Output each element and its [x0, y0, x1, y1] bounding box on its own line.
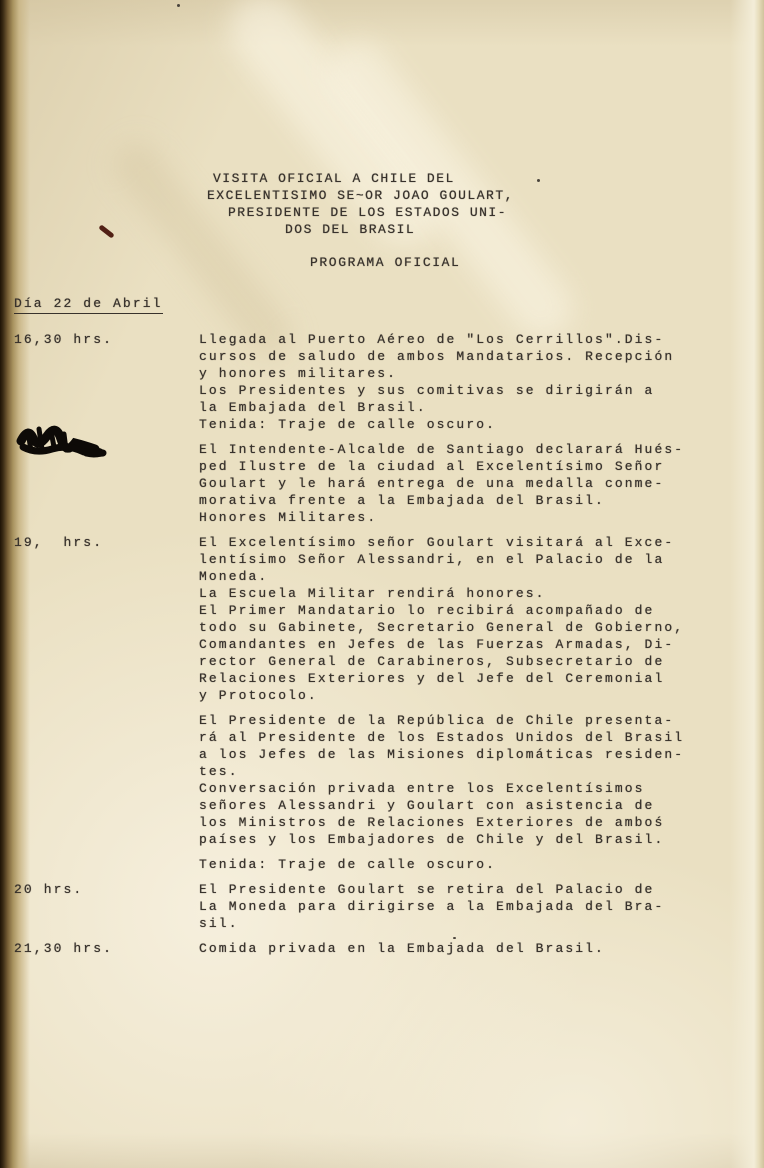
text-line: Honores Militares.: [199, 509, 758, 526]
text-line: a los Jefes de las Misiones diplomáticas…: [199, 746, 758, 763]
text-line: sil.: [199, 915, 758, 932]
schedule-entry: 19, hrs.El Excelentísimo señor Goulart v…: [0, 534, 758, 881]
text-line: lentísimo Señor Alessandri, en el Palaci…: [199, 551, 758, 568]
text-line: rector General de Carabineros, Subsecret…: [199, 653, 758, 670]
paper-speck: [537, 179, 540, 182]
text-line: Goulart y le hará entrega de una medalla…: [199, 475, 758, 492]
paragraph: Comida privada en la Embajada del Brasil…: [199, 940, 758, 957]
red-ink-mark: [98, 224, 114, 238]
text-line: La Moneda para dirigirse a la Embajada d…: [199, 898, 758, 915]
title-line: DOS DEL BRASIL: [285, 221, 514, 238]
title-line: EXCELENTISIMO SE~OR JOAO GOULART,: [207, 187, 514, 204]
schedule-entry: 21,30 hrs.Comida privada en la Embajada …: [0, 940, 758, 965]
text-line: Comandantes en Jefes de las Fuerzas Arma…: [199, 636, 758, 653]
text-line: Conversación privada entre los Excelentí…: [199, 780, 758, 797]
title-line: PRESIDENTE DE LOS ESTADOS UNI-: [228, 204, 514, 221]
text-line: Moneda.: [199, 568, 758, 585]
text-line: tes.: [199, 763, 758, 780]
text-line: ped Ilustre de la ciudad al Excelentísim…: [199, 458, 758, 475]
paragraph: El Presidente de la República de Chile p…: [199, 712, 758, 848]
entry-body: El Excelentísimo señor Goulart visitará …: [199, 534, 758, 881]
title-line: VISITA OFICIAL A CHILE DEL: [213, 170, 514, 187]
text-line: los Ministros de Relaciones Exteriores d…: [199, 814, 758, 831]
text-line: rá al Presidente de los Estados Unidos d…: [199, 729, 758, 746]
paragraph: El Presidente Goulart se retira del Pala…: [199, 881, 758, 932]
paragraph: Llegada al Puerto Aéreo de "Los Cerrillo…: [199, 331, 758, 433]
schedule-entry: 20 hrs.El Presidente Goulart se retira d…: [0, 881, 758, 940]
entry-time: 19, hrs.: [0, 534, 199, 551]
text-line: Los Presidentes y sus comitivas se dirig…: [199, 382, 758, 399]
text-line: y honores militares.: [199, 365, 758, 382]
paper-speck: [177, 4, 180, 7]
text-line: cursos de saludo de ambos Mandatarios. R…: [199, 348, 758, 365]
document-page: VISITA OFICIAL A CHILE DEL EXCELENTISIMO…: [0, 0, 764, 1168]
text-line: Tenida: Traje de calle oscuro.: [199, 416, 758, 433]
entry-body: El Presidente Goulart se retira del Pala…: [199, 881, 758, 940]
ink-scribble-annotation: [16, 420, 116, 472]
entry-time: 20 hrs.: [0, 881, 199, 898]
text-line: El Intendente-Alcalde de Santiago declar…: [199, 441, 758, 458]
paper-speck: [453, 937, 456, 939]
entry-time: 16,30 hrs.: [0, 331, 199, 348]
entry-body: Comida privada en la Embajada del Brasil…: [199, 940, 758, 965]
text-line: Llegada al Puerto Aéreo de "Los Cerrillo…: [199, 331, 758, 348]
text-line: Relaciones Exteriores y del Jefe del Cer…: [199, 670, 758, 687]
text-line: El Presidente de la República de Chile p…: [199, 712, 758, 729]
date-heading: Día 22 de Abril: [14, 295, 163, 314]
text-line: morativa frente a la Embajada del Brasil…: [199, 492, 758, 509]
text-line: y Protocolo.: [199, 687, 758, 704]
text-line: señores Alessandri y Goulart con asisten…: [199, 797, 758, 814]
text-line: La Escuela Militar rendirá honores.: [199, 585, 758, 602]
paragraph: El Intendente-Alcalde de Santiago declar…: [199, 441, 758, 526]
document-title: VISITA OFICIAL A CHILE DEL EXCELENTISIMO…: [205, 170, 514, 271]
text-line: todo su Gabinete, Secretario General de …: [199, 619, 758, 636]
text-line: países y los Embajadores de Chile y del …: [199, 831, 758, 848]
text-line: El Excelentísimo señor Goulart visitará …: [199, 534, 758, 551]
text-line: Comida privada en la Embajada del Brasil…: [199, 940, 758, 957]
text-line: Tenida: Traje de calle oscuro.: [199, 856, 758, 873]
entry-body: Llegada al Puerto Aéreo de "Los Cerrillo…: [199, 331, 758, 534]
text-line: la Embajada del Brasil.: [199, 399, 758, 416]
text-line: El Presidente Goulart se retira del Pala…: [199, 881, 758, 898]
paragraph: El Excelentísimo señor Goulart visitará …: [199, 534, 758, 704]
text-line: El Primer Mandatario lo recibirá acompañ…: [199, 602, 758, 619]
entry-time: 21,30 hrs.: [0, 940, 199, 957]
paragraph: Tenida: Traje de calle oscuro.: [199, 856, 758, 873]
document-subtitle: PROGRAMA OFICIAL: [310, 254, 514, 271]
